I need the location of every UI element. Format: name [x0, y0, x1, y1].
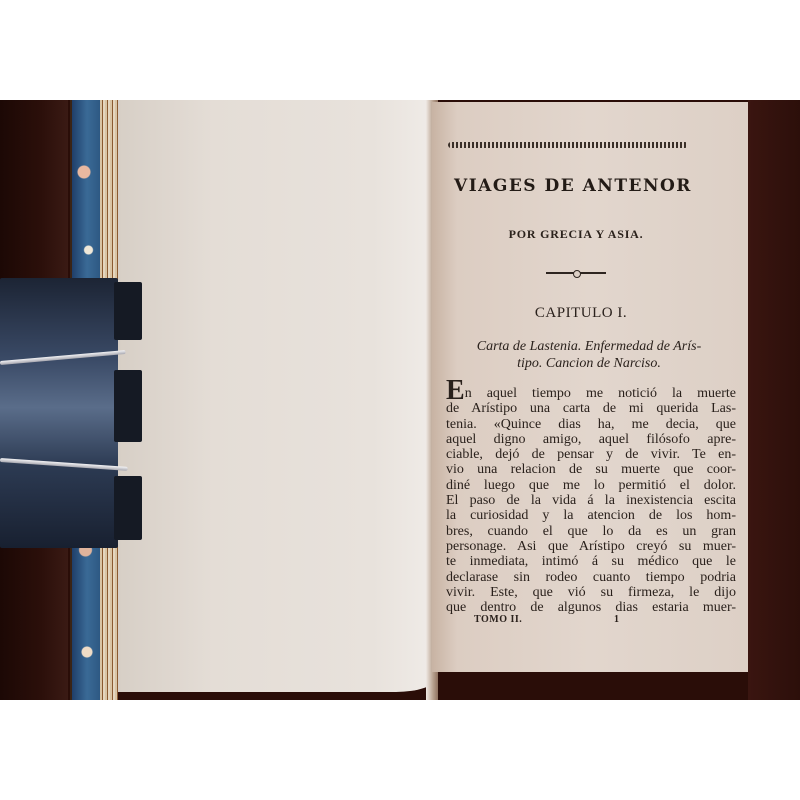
chapter-summary: Carta de Lastenia. Enfermedad de Arís- t… [446, 338, 732, 372]
page-footer: TOMO II. 1 [446, 614, 736, 628]
body-line: personage. Asi que Arístipo creyó su mue… [446, 539, 736, 554]
book-subtitle: POR GRECIA Y ASIA. [446, 227, 706, 242]
binder-clip-body [0, 278, 118, 548]
body-line: aquel digno amigo, aquel filósofo apre- [446, 432, 736, 447]
book-title: VIAGES DE ANTENOR [454, 176, 694, 196]
wooden-table-right [748, 100, 800, 700]
body-line: te inmediata, intimó á su médico que le [446, 554, 736, 569]
body-line: vivir. Este, que vió su firmeza, le dijo [446, 585, 736, 600]
binder-clip-jaw [114, 282, 142, 340]
body-line: El paso de la vida á la inexistencia esc… [446, 493, 736, 508]
signature-mark: 1 [614, 614, 619, 625]
left-page-blank [118, 100, 436, 692]
body-line: de Arístipo una carta de mi querida Las- [446, 401, 736, 416]
book-photograph: VIAGES DE ANTENOR POR GRECIA Y ASIA. CAP… [0, 100, 800, 700]
body-line: vio una relacion de su muerte que coor- [446, 462, 736, 477]
right-page: VIAGES DE ANTENOR POR GRECIA Y ASIA. CAP… [432, 102, 748, 672]
body-line: ciable, dejó de pensar y de vivir. Te en… [446, 447, 736, 462]
divider-ornament-icon [573, 270, 581, 278]
chapter-heading: CAPITULO I. [446, 305, 716, 322]
body-line: diné luego que me lo permitió el dolor. [446, 478, 736, 493]
body-line: la curiosidad y la atencion de los hom- [446, 508, 736, 523]
summary-line: Carta de Lastenia. Enfermedad de Arís- [446, 338, 732, 355]
body-line: declarase sin rodeo cuanto tiempo podria [446, 570, 736, 585]
body-line: bres, cuando el que lo da es un gran [446, 524, 736, 539]
volume-label: TOMO II. [474, 614, 522, 625]
body-text: En aquel tiempo me notició la muerte de … [446, 382, 736, 615]
body-line: tenia. «Quince dias ha, me decia, que [446, 417, 736, 432]
body-line: En aquel tiempo me notició la muerte [446, 382, 736, 401]
body-line-text: n aquel tiempo me notició la muerte [465, 386, 736, 401]
summary-line: tipo. Cancion de Narciso. [446, 355, 732, 372]
binder-clip-jaw [114, 370, 142, 442]
binder-clip-jaw [114, 476, 142, 540]
ornamental-rule [448, 142, 688, 148]
binder-clip [0, 278, 142, 548]
